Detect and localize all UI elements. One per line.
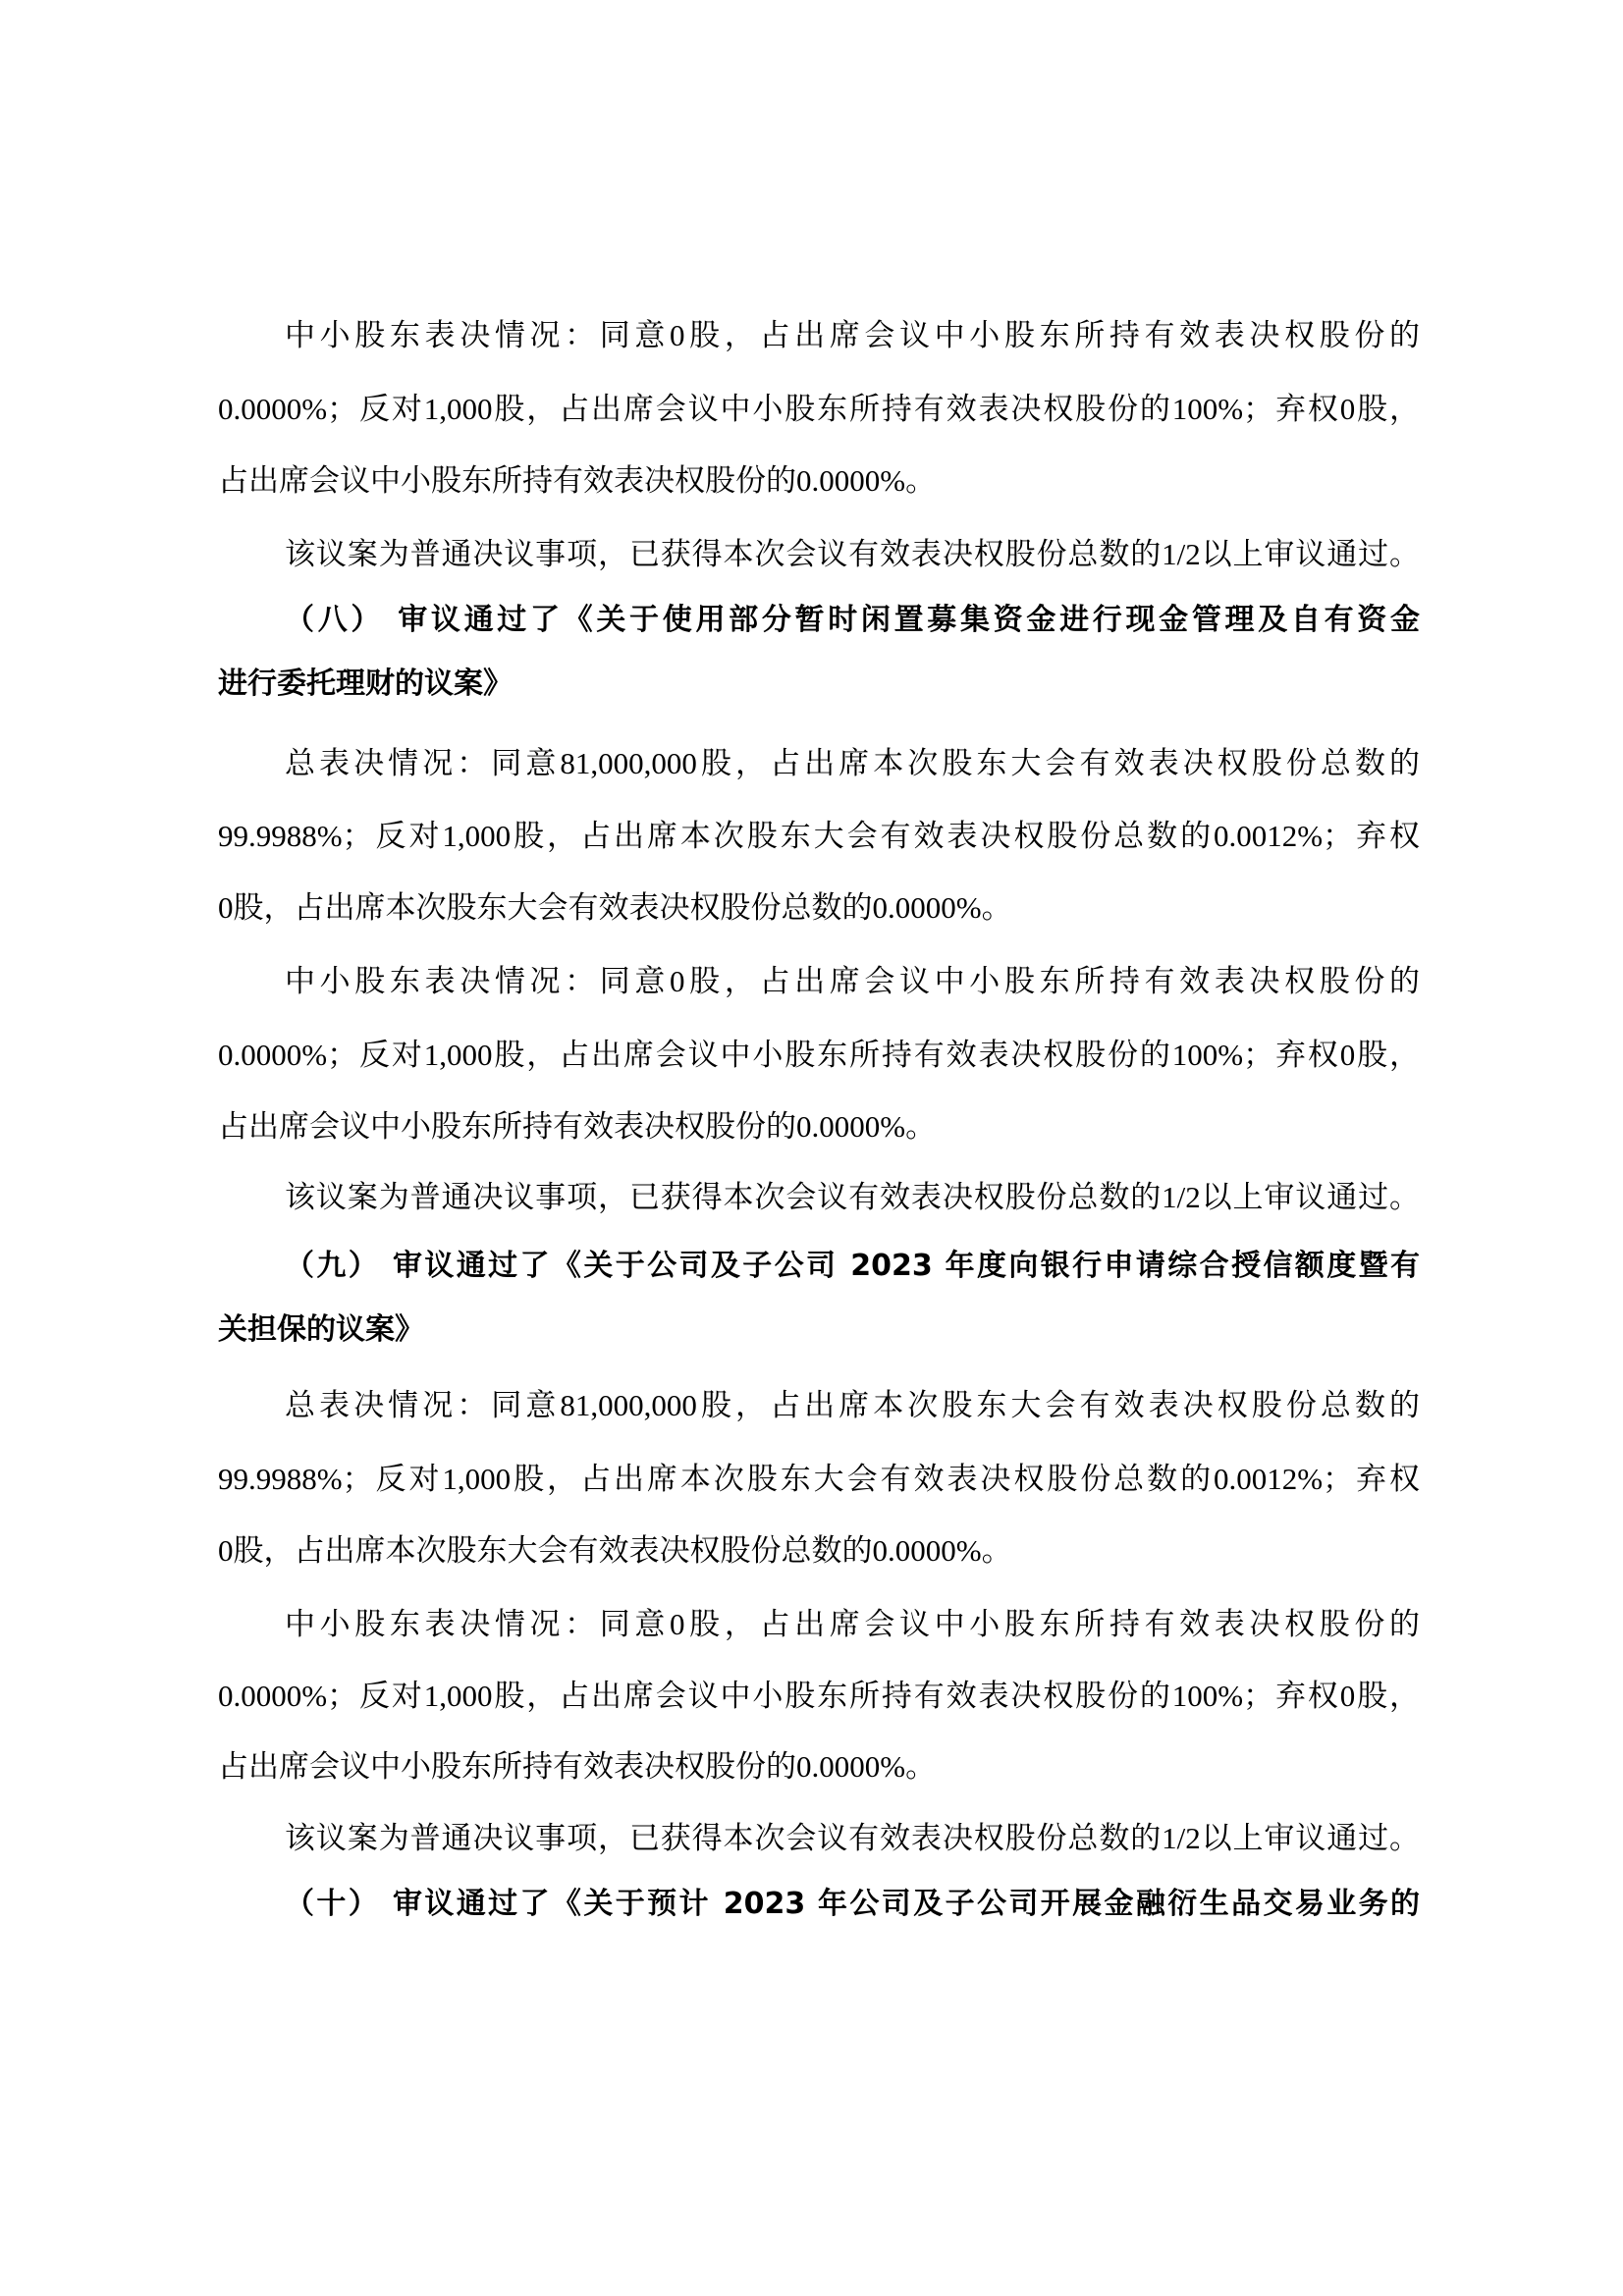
resolution-heading-line: （十） 审议通过了《关于预计 2023 年公司及子公司开展金融衍生品交易业务的 [285, 1885, 1420, 1924]
paragraph-line: 该议案为普通决议事项，已获得本次会议有效表决权股份总数的1/2以上审议通过。 [285, 535, 1420, 574]
paragraph-line: 0.0000%；反对1,000股，占出席会议中小股东所持有效表决权股份的100%… [218, 1677, 1420, 1716]
paragraph-line: 99.9988%；反对1,000股，占出席本次股东大会有效表决权股份总数的0.0… [218, 1460, 1420, 1499]
resolution-heading-line: 进行委托理财的议案》 [218, 665, 1420, 704]
paragraph-line: 0.0000%；反对1,000股，占出席会议中小股东所持有效表决权股份的100%… [218, 390, 1420, 429]
paragraph-line: 中小股东表决情况：同意0股，占出席会议中小股东所持有效表决权股份的 [285, 1605, 1420, 1644]
paragraph-line: 0股，占出席本次股东大会有效表决权股份总数的0.0000%。 [218, 888, 1420, 928]
paragraph-line: 0.0000%；反对1,000股，占出席会议中小股东所持有效表决权股份的100%… [218, 1036, 1420, 1075]
paragraph-line: 占出席会议中小股东所持有效表决权股份的0.0000%。 [218, 461, 1420, 501]
paragraph-line: 占出席会议中小股东所持有效表决权股份的0.0000%。 [218, 1107, 1420, 1147]
paragraph-line: 中小股东表决情况：同意0股，占出席会议中小股东所持有效表决权股份的 [285, 316, 1420, 355]
resolution-heading-line: （八） 审议通过了《关于使用部分暂时闲置募集资金进行现金管理及自有资金 [285, 601, 1420, 640]
paragraph-line: 0股，占出席本次股东大会有效表决权股份总数的0.0000%。 [218, 1531, 1420, 1571]
paragraph-line: 总表决情况：同意81,000,000股，占出席本次股东大会有效表决权股份总数的 [285, 744, 1420, 783]
paragraph-line: 中小股东表决情况：同意0股，占出席会议中小股东所持有效表决权股份的 [285, 962, 1420, 1001]
paragraph-line: 总表决情况：同意81,000,000股，占出席本次股东大会有效表决权股份总数的 [285, 1386, 1420, 1425]
paragraph-line: 占出席会议中小股东所持有效表决权股份的0.0000%。 [218, 1747, 1420, 1787]
resolution-heading-line: 关担保的议案》 [218, 1310, 1420, 1350]
paragraph-line: 该议案为普通决议事项，已获得本次会议有效表决权股份总数的1/2以上审议通过。 [285, 1819, 1420, 1858]
paragraph-line: 99.9988%；反对1,000股，占出席本次股东大会有效表决权股份总数的0.0… [218, 817, 1420, 856]
paragraph-line: 该议案为普通决议事项，已获得本次会议有效表决权股份总数的1/2以上审议通过。 [285, 1178, 1420, 1217]
resolution-heading-line: （九） 审议通过了《关于公司及子公司 2023 年度向银行申请综合授信额度暨有 [285, 1247, 1420, 1286]
